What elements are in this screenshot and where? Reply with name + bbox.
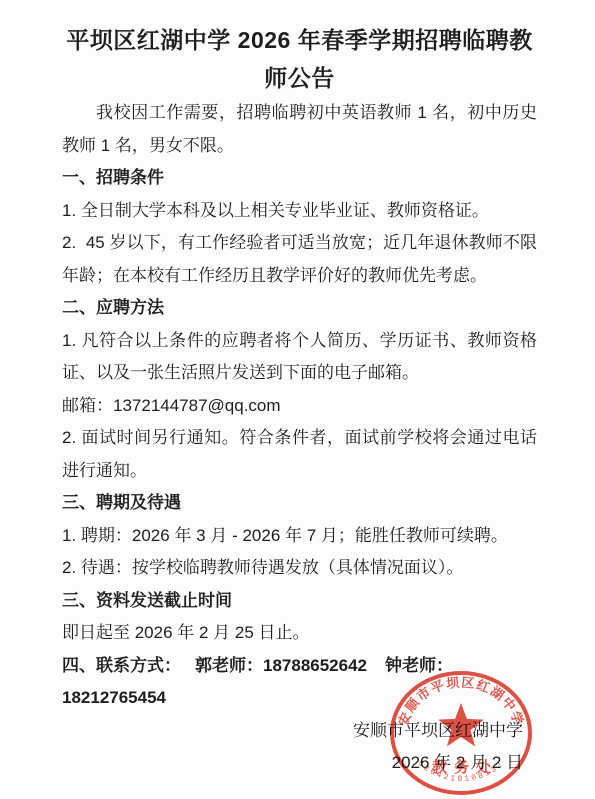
recruit-condition-item: 1. 全日制大学本科及以上相关专业毕业证、教师资格证。: [62, 195, 537, 228]
apply-method-item: 2. 面试时间另行通知。符合条件者，面试前学校将会通过电话进行通知。: [62, 422, 537, 487]
signature-date: 2026 年 2 月 2 日: [62, 747, 537, 780]
section-heading-deadline: 三、资料发送截止时间: [62, 585, 537, 618]
term-item: 1. 聘期：2026 年 3 月 - 2026 年 7 月；能胜任教师可续聘。: [62, 520, 537, 553]
apply-method-item: 1. 凡符合以上条件的应聘者将个人简历、学历证书、教师资格证、以及一张生活照片发…: [62, 325, 537, 390]
announcement-document: 平坝区红湖中学 2026 年春季学期招聘临聘教师公告 我校因工作需要，招聘临聘初…: [0, 0, 595, 799]
section-heading-recruit-conditions: 一、招聘条件: [62, 162, 537, 195]
contact-line: 四、联系方式：郭老师：18788652642钟老师：18212765454: [62, 650, 537, 715]
deadline-line: 即日起至 2026 年 2 月 25 日止。: [62, 617, 537, 650]
signature-school: 安顺市平坝区红湖中学: [62, 715, 537, 748]
contact-person-guo: 郭老师：18788652642: [195, 656, 367, 675]
email-line: 邮箱：1372144787@qq.com: [62, 390, 537, 423]
recruit-condition-item: 2. 45 岁以下，有工作经验者可适当放宽；近几年退休教师不限年龄；在本校有工作…: [62, 227, 537, 292]
contact-heading: 四、联系方式：: [62, 656, 181, 675]
page-title: 平坝区红湖中学 2026 年春季学期招聘临聘教师公告: [62, 0, 537, 97]
section-heading-term-salary: 三、聘期及待遇: [62, 487, 537, 520]
intro-paragraph: 我校因工作需要，招聘临聘初中英语教师 1 名，初中历史教师 1 名，男女不限。: [62, 97, 537, 162]
section-heading-apply-method: 二、应聘方法: [62, 292, 537, 325]
salary-item: 2. 待遇：按学校临聘教师待遇发放（具体情况面议）。: [62, 552, 537, 585]
